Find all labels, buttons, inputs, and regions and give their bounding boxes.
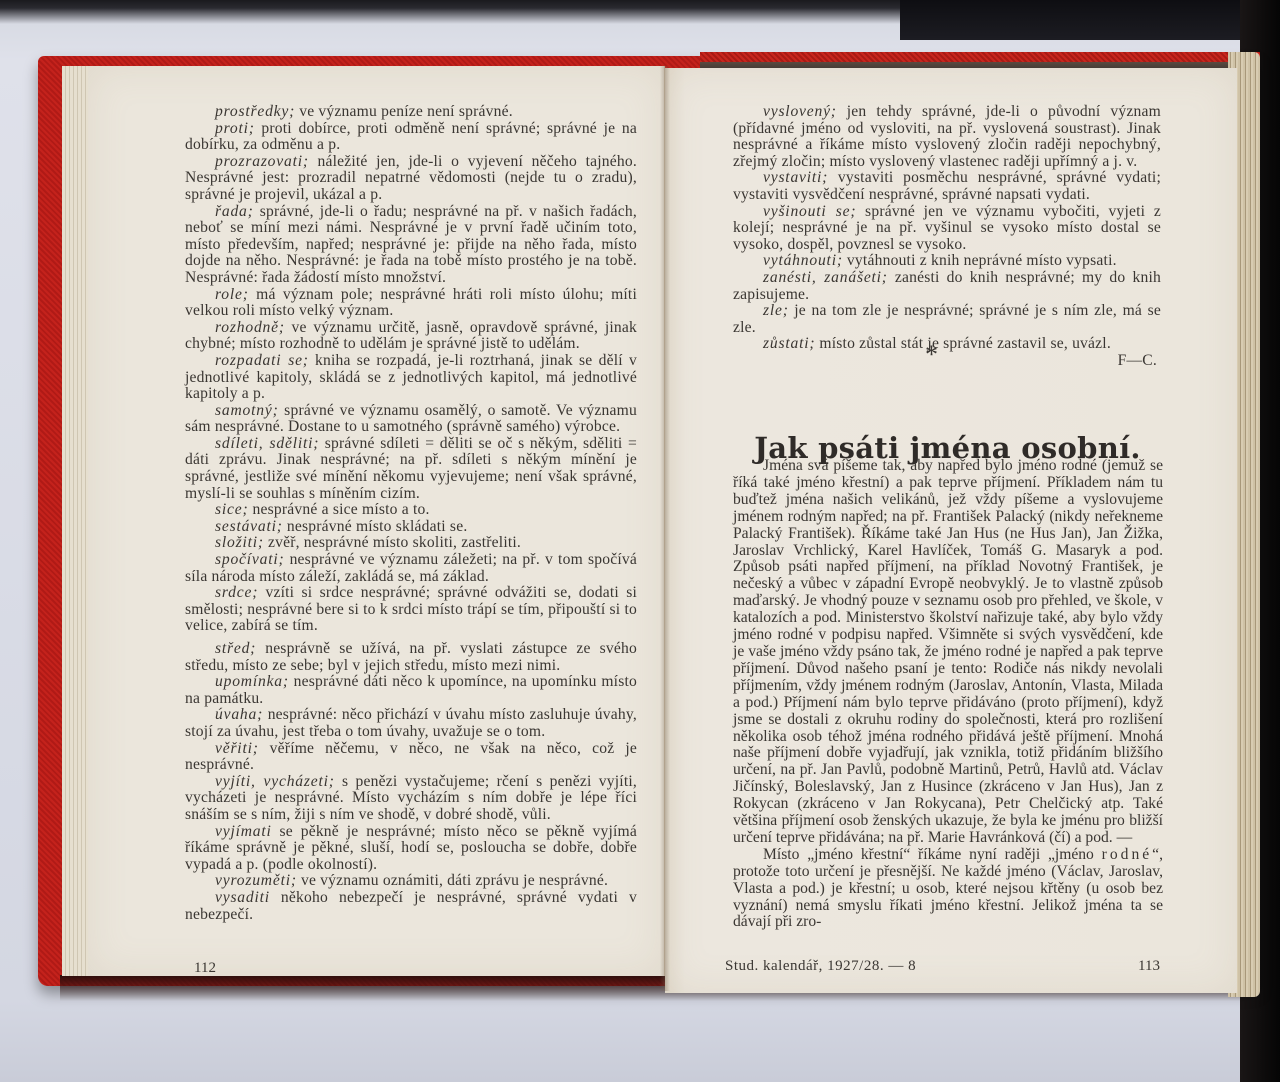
glossary-entry: sdíleti, sděliti; správné sdíleti = děli…: [185, 436, 637, 502]
entry-term: vystaviti;: [763, 169, 828, 186]
entry-term: proti;: [215, 120, 255, 137]
glossary-entry: prozrazovati; náležité jen, jde-li o vyj…: [185, 154, 637, 204]
glossary-entry: zle; je na tom zle je nesprávné; správné…: [733, 303, 1161, 336]
entry-term: upomínka;: [215, 673, 289, 690]
entry-text: nesprávné a sice místo a to.: [248, 501, 429, 518]
glossary-entry: rozpadati se; kniha se rozpadá, je-li ro…: [185, 353, 637, 403]
glossary-entry: role; má význam pole; nesprávné hráti ro…: [185, 287, 637, 320]
entry-term: role;: [215, 286, 249, 303]
scan-background-dark-top: [900, 0, 1280, 40]
entry-term: složiti;: [215, 534, 264, 551]
glossary-entry: vystaviti; vystaviti posměchu nesprávné,…: [733, 170, 1161, 203]
glossary-entry: řada; správné, jde-li o řadu; nesprávné …: [185, 204, 637, 287]
entry-term: rozhodně;: [215, 319, 285, 336]
section-separator-asterisk-icon: *: [925, 340, 938, 370]
glossary-entry: střed; nesprávně se užívá, na př. vyslat…: [185, 641, 637, 674]
glossary-entry: srdce; vzíti si srdce nesprávné; správné…: [185, 585, 637, 635]
glossary-entry: složiti; zvěř, nesprávné místo skoliti, …: [185, 535, 637, 552]
entry-text: správné, jde-li o řadu; nesprávné na př.…: [185, 203, 637, 286]
author-signature: F—C.: [733, 353, 1161, 370]
emphasized-word: rodné: [1102, 846, 1153, 863]
glossary-entry: sice; nesprávné a sice místo a to.: [185, 502, 637, 519]
glossary-entry: vyjímati se pěkně je nesprávné; místo ně…: [185, 824, 637, 874]
entry-term: rozpadati se;: [215, 352, 309, 369]
entry-text: ve významu peníze není správné.: [295, 103, 513, 120]
article-body: Jména svá píšeme tak, aby napřed bylo jm…: [733, 458, 1163, 931]
signature-mark: Stud. kalendář, 1927/28. — 8: [725, 958, 916, 975]
entry-text: místo zůstal stát je správné zastavil se…: [815, 335, 1111, 352]
page-number-left: 112: [194, 960, 216, 977]
glossary-entry: vytáhnouti; vytáhnouti z knih neprávné m…: [733, 253, 1161, 270]
entry-term: zle;: [763, 302, 789, 319]
book-gutter: [660, 66, 670, 991]
entry-term: srdce;: [215, 584, 258, 601]
entry-term: samotný;: [215, 402, 279, 419]
glossary-entry: proti; proti dobírce, proti odměně není …: [185, 121, 637, 154]
entry-term: řada;: [215, 203, 254, 220]
entry-term: věřiti;: [215, 740, 259, 757]
entry-term: sice;: [215, 501, 248, 518]
article-paragraph: Místo „jméno křestní“ říkáme nyní raději…: [733, 847, 1163, 932]
glossary-entry: zůstati; místo zůstal stát je správné za…: [733, 336, 1161, 353]
entry-term: střed;: [215, 640, 256, 657]
glossary-entry: vysaditi někoho nebezpečí je nesprávné, …: [185, 890, 637, 923]
glossary-entry: spočívati; nesprávné ve významu záležeti…: [185, 552, 637, 585]
entry-term: vyrozuměti;: [215, 872, 297, 889]
entry-term: prostředky;: [215, 103, 295, 120]
entry-term: prozrazovati;: [215, 153, 309, 170]
entry-term: spočívati;: [215, 551, 285, 568]
glossary-entry: zanésti, zanášeti; zanésti do knih nespr…: [733, 270, 1161, 303]
entry-term: úvaha;: [215, 706, 263, 723]
entry-text: nesprávné místo skládati se.: [283, 518, 468, 535]
entry-term: vyslovený;: [763, 103, 837, 120]
entry-text: ve významu oznámiti, dáti zprávu je nesp…: [297, 872, 608, 889]
entry-text: vytáhnouti z knih neprávné místo vypsati…: [843, 252, 1117, 269]
right-page-glossary: vyslovený; jen tehdy správné, jde-li o p…: [733, 104, 1161, 370]
entry-term: vytáhnouti;: [763, 252, 843, 269]
entry-term: vyjímati: [215, 823, 272, 840]
entry-term: sestávati;: [215, 518, 283, 535]
entry-text: má význam pole; nesprávné hráti roli mís…: [185, 286, 637, 320]
glossary-entry: vyjíti, vycházeti; s penězi vystačujeme;…: [185, 774, 637, 824]
entry-text: je na tom zle je nesprávné; správné je s…: [733, 302, 1161, 336]
paragraph-text: Místo „jméno křestní“ říkáme nyní raději…: [763, 846, 1102, 863]
glossary-entry: vyšinouti se; správné jen ve významu vyb…: [733, 204, 1161, 254]
glossary-entry: věřiti; věříme něčemu, v něco, ne však n…: [185, 741, 637, 774]
entry-term: vyšinouti se;: [763, 203, 856, 220]
glossary-entry: samotný; správné ve významu osamělý, o s…: [185, 403, 637, 436]
glossary-entry: vyrozuměti; ve významu oznámiti, dáti zp…: [185, 873, 637, 890]
page-number-right: 113: [1138, 958, 1160, 975]
entry-term: vysaditi: [215, 889, 270, 906]
entry-term: zanésti, zanášeti;: [763, 269, 888, 286]
glossary-entry: upomínka; nesprávné dáti něco k upomínce…: [185, 674, 637, 707]
glossary-entry: rozhodně; ve významu určitě, jasně, opra…: [185, 320, 637, 353]
entry-term: sdíleti, sděliti;: [215, 435, 319, 452]
glossary-entry: úvaha; nesprávné: něco přichází v úvahu …: [185, 707, 637, 740]
glossary-entry: sestávati; nesprávné místo skládati se.: [185, 519, 637, 536]
entry-term: vyjíti, vycházeti;: [215, 773, 335, 790]
entry-text: zvěř, nesprávné místo skoliti, zastřelit…: [264, 534, 521, 551]
entry-term: zůstati;: [763, 335, 815, 352]
glossary-entry: vyslovený; jen tehdy správné, jde-li o p…: [733, 104, 1161, 170]
article-paragraph: Jména svá píšeme tak, aby napřed bylo jm…: [733, 458, 1163, 847]
left-page-text: prostředky; ve významu peníze není správ…: [185, 104, 637, 923]
glossary-entry: prostředky; ve významu peníze není správ…: [185, 104, 637, 121]
